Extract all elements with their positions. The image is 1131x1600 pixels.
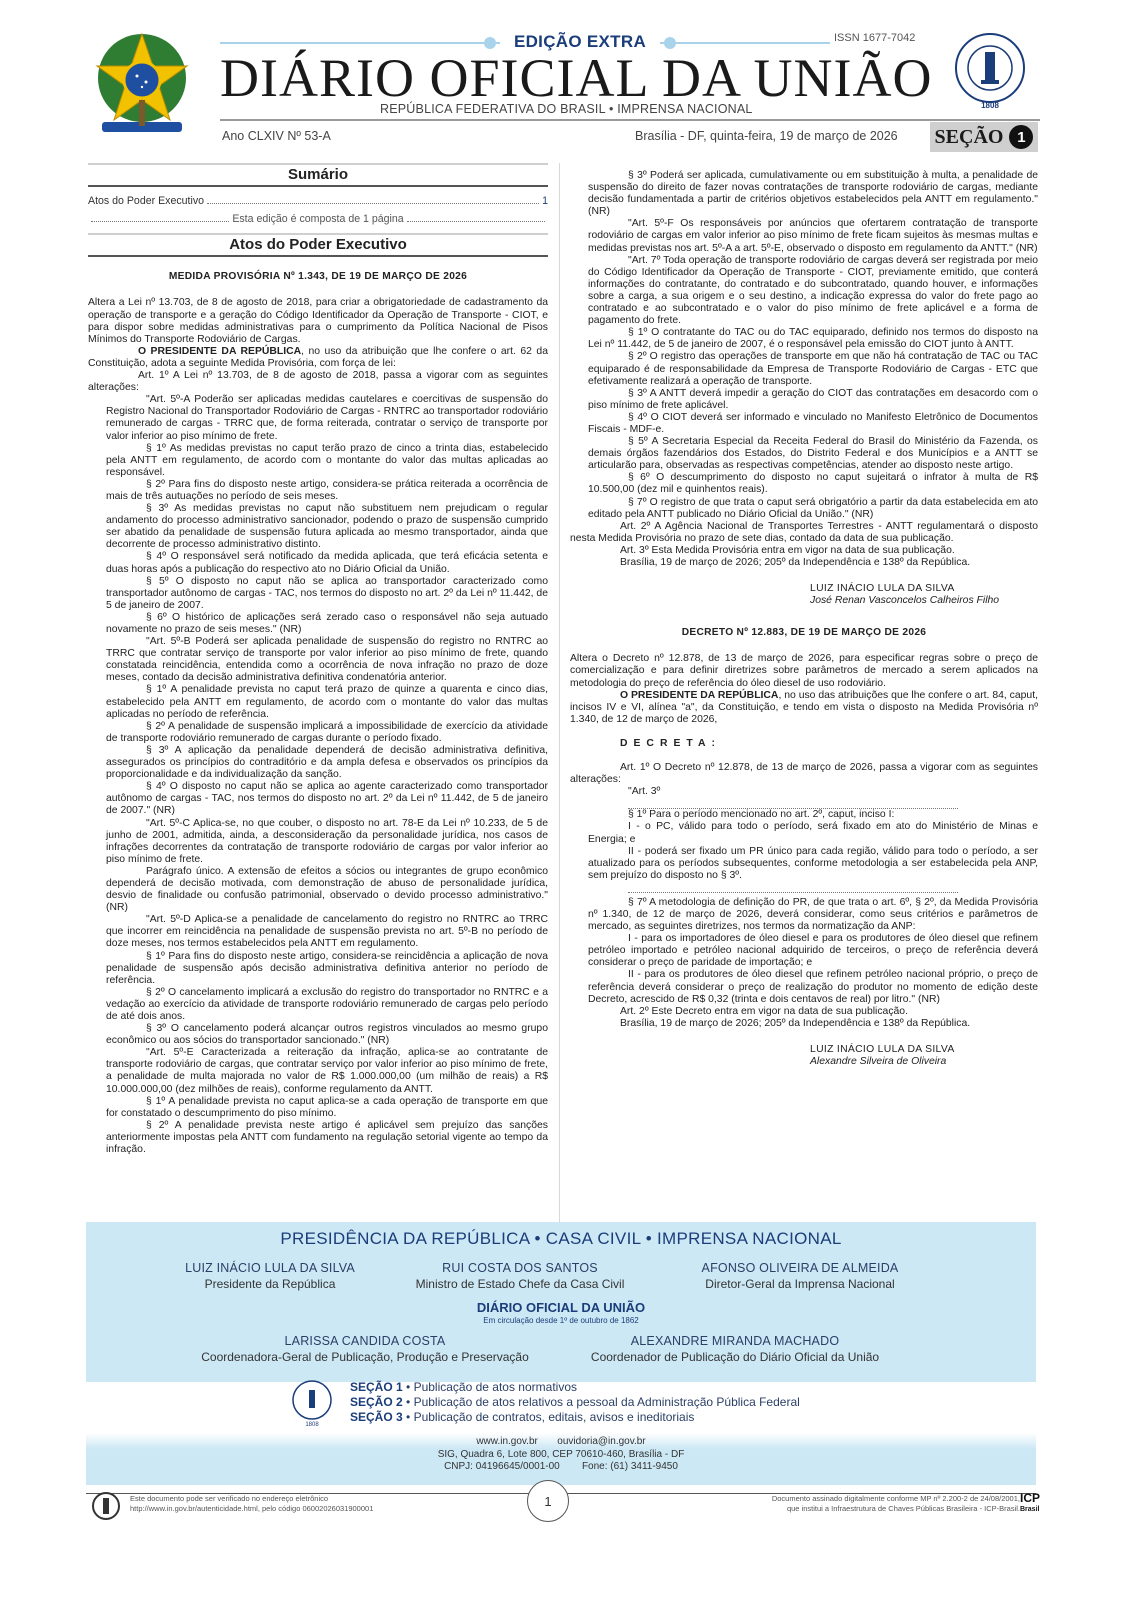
paragraph: § 1º O contratante do TAC ou do TAC equi… [588,327,1038,351]
section-item-desc: • Publicação de atos normativos [406,1380,577,1394]
elision-dots [628,798,958,809]
decreto-quoted-text: "Art. 3º § 1º Para o período mencionado … [570,786,1038,1006]
mp-quoted-text-right: § 3º Poderá ser aplicada, cumulativament… [570,170,1038,521]
paragraph: § 1º A penalidade prevista no caput apli… [106,1096,548,1120]
section-item-label: SEÇÃO 1 [350,1380,403,1394]
icp-sub: Brasil [1020,1504,1040,1516]
summary-entry-label[interactable]: Atos do Poder Executivo [88,195,204,207]
issn: ISSN 1677-7042 [830,32,915,44]
leader-dots [207,195,539,204]
sections-list: SEÇÃO 1 • Publicação de atos normativos … [350,1380,800,1425]
left-column: Sumário Atos do Poder Executivo 1 Esta e… [88,163,548,1156]
section-item-desc: • Publicação de contratos, editais, avis… [406,1410,694,1424]
mp-preamble: O PRESIDENTE DA REPÚBLICA, no uso da atr… [88,346,548,370]
svg-text:1808: 1808 [305,1422,319,1428]
art3-stub: "Art. 3º [588,786,1038,798]
paragraph: § 7º A metodologia de definição do PR, d… [588,897,1038,933]
summary-entry-page[interactable]: 1 [542,195,548,207]
section-rule [88,255,548,257]
cnpj: CNPJ: 04196645/0001-00 [444,1461,560,1472]
section-badge: SEÇÃO 1 [930,122,1038,152]
paragraph: § 3º A aplicação da penalidade dependerá… [106,745,548,781]
decreto-preamble-bold: O PRESIDENTE DA REPÚBLICA [620,690,778,701]
person-president: LUIZ INÁCIO LULA DA SILVA Presidente da … [170,1260,370,1292]
column-divider [559,163,560,1223]
summary-top-rule [88,163,548,165]
paragraph: § 4º O disposto no caput não se aplica a… [106,781,548,817]
circulation-note: Em circulação desde 1º de outubro de 186… [86,1316,1036,1325]
paragraph: § 3º O cancelamento poderá alcançar outr… [106,1023,548,1047]
icp-brasil-logo-icon: ICP Brasil [1020,1492,1040,1516]
leader-dots [91,213,229,222]
phone: Fone: (61) 3411-9450 [582,1461,678,1472]
paragraph: § 2º O registro das operações de transpo… [588,351,1038,387]
person-casa-civil: RUI COSTA DOS SANTOS Ministro de Estado … [395,1260,645,1292]
elision-dots [628,882,958,893]
paragraph: II - poderá ser fixado um PR único para … [588,846,1038,882]
summary-rule [88,185,548,187]
imprensa-seal-small-icon: 1808 [290,1378,334,1428]
imprensa-nacional-seal-icon: 1808 [950,30,1030,110]
signed-line-2: que institui a Infraestrutura de Chaves … [690,1504,1020,1514]
decreto-art1: Art. 1º O Decreto nº 12.878, de 13 de ma… [570,762,1038,786]
paragraph: § 3º As medidas previstas no caput não s… [106,503,548,551]
person-role: Coordenadora-Geral de Publicação, Produç… [200,1349,530,1365]
mp-preamble-bold: O PRESIDENTE DA REPÚBLICA [138,346,301,357]
signed-line-1: Documento assinado digitalmente conforme… [690,1494,1020,1504]
section-item: SEÇÃO 1 • Publicação de atos normativos [350,1380,800,1395]
decreto-art2: Art. 2º Este Decreto entra em vigor na d… [570,1006,1038,1018]
contact-info: www.in.gov.br ouvidoria@in.gov.br SIG, Q… [86,1436,1036,1474]
decreto-preamble: O PRESIDENTE DA REPÚBLICA, no uso das at… [570,690,1038,726]
signature-president: LUIZ INÁCIO LULA DA SILVA [810,583,1038,595]
person-name: ALEXANDRE MIRANDA MACHADO [575,1333,895,1349]
person-coordenador: ALEXANDRE MIRANDA MACHADO Coordenador de… [575,1333,895,1365]
paragraph: "Art. 5º-A Poderão ser aplicadas medidas… [106,394,548,442]
paragraph: § 3º Poderá ser aplicada, cumulativament… [588,170,1038,218]
masthead-subtitle: REPÚBLICA FEDERATIVA DO BRASIL • IMPRENS… [380,102,753,116]
section-number: 1 [1009,125,1033,149]
contact-ids-row: CNPJ: 04196645/0001-00 Fone: (61) 3411-9… [86,1461,1036,1474]
signature-minister: José Renan Vasconcelos Calheiros Filho [810,595,1038,607]
section-label: SEÇÃO [935,126,1004,149]
section-item: SEÇÃO 3 • Publicação de contratos, edita… [350,1410,800,1425]
paragraph: Parágrafo único. A extensão de efeitos a… [106,866,548,914]
digital-signature-note: Documento assinado digitalmente conforme… [690,1494,1020,1514]
masthead-title: DIÁRIO OFICIAL DA UNIÃO [220,50,920,106]
person-role: Presidente da República [170,1276,370,1292]
publication-date: Brasília - DF, quinta-feira, 19 de março… [635,129,898,143]
person-coordenadora: LARISSA CANDIDA COSTA Coordenadora-Geral… [200,1333,530,1365]
paragraph: "Art. 5º-B Poderá ser aplicada penalidad… [106,636,548,684]
year-number: Ano CLXIV Nº 53-A [222,129,331,143]
section-heading: Atos do Poder Executivo [88,239,548,251]
paragraph: § 5º O disposto no caput não se aplica a… [106,576,548,612]
address: SIG, Quadra 6, Lote 800, CEP 70610-460, … [86,1449,1036,1462]
section-item-desc: • Publicação de atos relativos a pessoal… [406,1395,800,1409]
republic-emblem-icon [90,1490,122,1522]
person-imprensa: AFONSO OLIVEIRA DE ALMEIDA Diretor-Geral… [680,1260,920,1292]
edition-note: Esta edição é composta de 1 página [232,213,403,225]
paragraph: § 2º A penalidade de suspensão implicará… [106,721,548,745]
brazil-coat-of-arms-icon [92,30,192,142]
section-top-rule [88,233,548,235]
paragraph: § 7º O registro de que trata o caput ser… [588,497,1038,521]
person-name: LARISSA CANDIDA COSTA [200,1333,530,1349]
icp-label: ICP [1020,1492,1040,1504]
edition-note-row: Esta edição é composta de 1 página [88,213,548,225]
svg-text:1808: 1808 [981,101,999,110]
paragraph: § 6º O histórico de aplicações será zera… [106,612,548,636]
paragraph: "Art. 5º-C Aplica-se, no que couber, o d… [106,818,548,866]
mp-art2: Art. 2º A Agência Nacional de Transporte… [570,521,1038,545]
decreto-title: DECRETO Nº 12.883, DE 19 DE MARÇO DE 202… [570,627,1038,639]
signature-minister: Alexandre Silveira de Oliveira [810,1056,1038,1068]
paragraph: I - o PC, válido para todo o período, se… [588,821,1038,845]
summary-entry[interactable]: Atos do Poder Executivo 1 [88,195,548,207]
mp-art3: Art. 3º Esta Medida Provisória entra em … [570,545,1038,557]
paragraph: I - para os importadores de óleo diesel … [588,933,1038,969]
person-name: RUI COSTA DOS SANTOS [395,1260,645,1276]
mp-closing: Brasília, 19 de março de 2026; 205º da I… [570,557,1038,569]
verification-note: Este documento pode ser verificado no en… [130,1494,373,1514]
verify-line-1: Este documento pode ser verificado no en… [130,1494,373,1504]
paragraph: "Art. 5º-F Os responsáveis por anúncios … [588,218,1038,254]
paragraph: "Art. 5º-D Aplica-se a penalidade de can… [106,914,548,950]
paragraph: § 2º Para fins do disposto neste artigo,… [106,479,548,503]
decreto-ementa: Altera o Decreto nº 12.878, de 13 de mar… [570,653,1038,689]
paragraph: § 1º Para fins do disposto neste artigo,… [106,951,548,987]
contact-web-row: www.in.gov.br ouvidoria@in.gov.br [86,1436,1036,1449]
mp-title: MEDIDA PROVISÓRIA Nº 1.343, DE 19 DE MAR… [88,271,548,283]
paragraph: § 3º A ANTT deverá impedir a geração do … [588,388,1038,412]
paragraph: § 2º O cancelamento implicará a exclusão… [106,987,548,1023]
person-role: Coordenador de Publicação do Diário Ofic… [575,1349,895,1365]
paragraph: § 4º O CIOT deverá ser informado e vincu… [588,412,1038,436]
person-name: LUIZ INÁCIO LULA DA SILVA [170,1260,370,1276]
person-role: Diretor-Geral da Imprensa Nacional [680,1276,920,1292]
mp-art1: Art. 1º A Lei nº 13.703, de 8 de agosto … [88,370,548,394]
paragraph: § 6º O descumprimento do disposto no cap… [588,472,1038,496]
paragraph: II - para os produtores de óleo diesel q… [588,969,1038,1005]
page-number: 1 [527,1480,569,1522]
signature-president: LUIZ INÁCIO LULA DA SILVA [810,1044,1038,1056]
footer-panel-title: PRESIDÊNCIA DA REPÚBLICA • CASA CIVIL • … [86,1229,1036,1249]
decreto-signatures: LUIZ INÁCIO LULA DA SILVA Alexandre Silv… [810,1044,1038,1068]
section-item: SEÇÃO 2 • Publicação de atos relativos a… [350,1395,800,1410]
email-link[interactable]: ouvidoria@in.gov.br [557,1436,645,1447]
paragraph: § 1º As medidas previstas no caput terão… [106,443,548,479]
decreta-heading: DECRETA: [620,738,1038,750]
decreto-closing: Brasília, 19 de março de 2026; 205º da I… [570,1018,1038,1030]
person-name: AFONSO OLIVEIRA DE ALMEIDA [680,1260,920,1276]
mp-quoted-text-left: "Art. 5º-A Poderão ser aplicadas medidas… [88,394,548,1156]
paragraph: § 5º A Secretaria Especial da Receita Fe… [588,436,1038,472]
paragraph: § 1º Para o período mencionado no art. 2… [588,809,1038,821]
paragraph: "Art. 5º-E Caracterizada a reiteração da… [106,1047,548,1095]
paragraph: § 2º A penalidade prevista neste artigo … [106,1120,548,1156]
paragraph: § 4º O responsável será notificado da me… [106,551,548,575]
person-role: Ministro de Estado Chefe da Casa Civil [395,1276,645,1292]
right-column: § 3º Poderá ser aplicada, cumulativament… [570,170,1038,1068]
footer-dou-title: DIÁRIO OFICIAL DA UNIÃO [86,1300,1036,1315]
section-item-label: SEÇÃO 2 [350,1395,403,1409]
header-rule [220,119,1040,121]
leader-dots [407,213,545,222]
paragraph: "Art. 7º Toda operação de transporte rod… [588,255,1038,328]
verify-link[interactable]: http://www.in.gov.br/autenticidade.html,… [130,1504,373,1514]
section-item-label: SEÇÃO 3 [350,1410,403,1424]
summary-title: Sumário [88,169,548,181]
art3-stub-label: "Art. 3º [628,786,660,797]
mp-ementa: Altera a Lei nº 13.703, de 8 de agosto d… [88,297,548,345]
paragraph: § 1º A penalidade prevista no caput terá… [106,684,548,720]
website-link[interactable]: www.in.gov.br [476,1436,538,1447]
mp-signatures: LUIZ INÁCIO LULA DA SILVA José Renan Vas… [810,583,1038,607]
